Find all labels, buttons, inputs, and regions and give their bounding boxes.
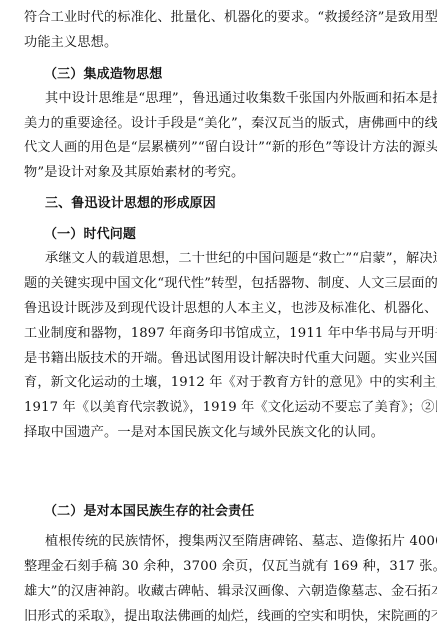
paragraph-line: 代文人画的用色是“层累横列”“留白设计”“新的形色”等设计方法的源头。“天 [24, 138, 424, 158]
paragraph-line: 1917 年《以美育代宗教说》，1919 年《文化运动不要忘了美育》；②民族情怀… [24, 398, 424, 418]
paragraph-line: 择取中国遗产。一是对本国民族文化与域外民族文化的认同。 [24, 423, 424, 443]
paragraph-line: 美力的重要途径。设计手段是“美化”，秦汉瓦当的版式，唐佛画中的线条，宋 [24, 114, 424, 134]
paragraph-line: 物”是设计对象及其原始素材的考究。 [24, 163, 424, 183]
section-heading: （三）集成造物思想 [44, 65, 437, 85]
paragraph-line: 植根传统的民族情怀，搜集两汉至隋唐碑铭、墓志、造像拓片 4000 多种， [45, 532, 437, 552]
paragraph-line: 题的关键实现中国文化“现代性”转型，包括器物、制度、人文三层面的转型。 [24, 274, 424, 294]
paragraph-line: 符合工业时代的标准化、批量化、机器化的要求。“救援经济”是致用型美术的 [24, 8, 424, 28]
paragraph-line: 承继文人的载道思想，二十世纪的中国问题是“救亡”“启蒙”，解决这一问 [45, 249, 437, 269]
paragraph-line: 功能主义思想。 [24, 33, 424, 53]
document-page: 符合工业时代的标准化、批量化、机器化的要求。“救援经济”是致用型美术的 功能主义… [0, 0, 437, 636]
paragraph-line: 整理金石刻手稿 30 余种，3700 余页，仅瓦当就有 169 种，317 张。… [24, 557, 424, 577]
paragraph-line: 是书籍出版技术的开端。鲁迅试图用设计解决时代重大问题。实业兴国到大众美 [24, 349, 424, 369]
paragraph-line: 工业制度和器物，1897 年商务印书馆成立，1911 年中华书局与开明书店成立， [24, 324, 424, 344]
chapter-heading: 三、鲁迅设计思想的形成原因 [45, 194, 437, 214]
paragraph-line: 旧形式的采取》，提出取法佛画的灿烂，线画的空实和明快，宋院画的不苟之处。 [24, 607, 424, 627]
section-heading: （一）时代问题 [44, 225, 437, 245]
paragraph-line: 育，新文化运动的土壤，1912 年《对于教育方针的意见》中的实利主义教育， [24, 373, 424, 393]
paragraph-line: 其中设计思维是“思理”，鲁迅通过收集数千张国内外版画和拓本是提高审 [45, 89, 437, 109]
paragraph-line: 雄大”的汉唐神韵。收藏古碑帖、辑录汉画像、六朝造像墓志、金石拓本。《论 [24, 582, 424, 602]
section-heading: （二）是对本国民族生存的社会责任 [44, 502, 437, 522]
paragraph-line: 鲁迅设计既涉及到现代设计思想的人本主义，也涉及标准化、机器化、批量化的 [24, 299, 424, 319]
